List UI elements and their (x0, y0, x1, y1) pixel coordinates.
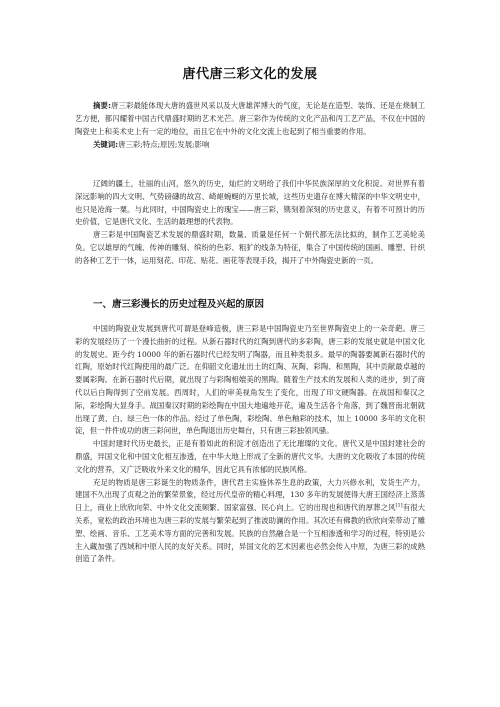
keywords-label: 关键词: (93, 140, 118, 149)
body-paragraph: 中国封建时代历史最长，正是有着如此的积淀才创造出了无比璀璨的文化。唐代又是中国封… (75, 438, 425, 476)
abstract-paragraph: 摘要:唐三彩最能体现大唐的盛世风采以及大唐雄浑博大的气度，无论是在造型、装饰、还… (75, 99, 425, 138)
citation-marker: [1] (396, 503, 403, 509)
abstract-label: 摘要: (93, 101, 111, 110)
intro-section: 辽阔的疆土，壮丽的山河，悠久的历史，灿烂的文明给了我们中华民族深厚的文化积淀。对… (75, 178, 425, 268)
keywords-text: 唐三彩;特点;原因;发展;影响 (118, 140, 209, 149)
section-1-body: 中国的陶瓷业发展到唐代可谓是登峰造极，唐三彩是中国陶瓷史乃至世界陶瓷史上的一朵奇… (75, 323, 425, 566)
intro-paragraph: 辽阔的疆土，壮丽的山河，悠久的历史，灿烂的文明给了我们中华民族深厚的文化积淀。对… (75, 178, 425, 229)
body-text: 充足的物质是唐三彩诞生的物质条件，唐代君主实施休养生息的政策，大力兴修水利，发货… (75, 478, 425, 513)
body-paragraph: 充足的物质是唐三彩诞生的物质条件，唐代君主实施休养生息的政策，大力兴修水利，发货… (75, 477, 425, 567)
paper-title: 唐代唐三彩文化的发展 (0, 63, 500, 82)
intro-paragraph: 唐三彩是中国陶瓷艺术发展的鼎盛时期，数量、质量是任何一个朝代都无法比拟的，制作工… (75, 229, 425, 267)
abstract-text: 唐三彩最能体现大唐的盛世风采以及大唐雄浑博大的气度，无论是在造型、装饰、还是在烧… (75, 101, 425, 136)
abstract-block: 摘要:唐三彩最能体现大唐的盛世风采以及大唐雄浑博大的气度，无论是在造型、装饰、还… (75, 99, 425, 151)
keywords-paragraph: 关键词:唐三彩;特点;原因;发展;影响 (75, 138, 425, 151)
document-page: 唐代唐三彩文化的发展 摘要:唐三彩最能体现大唐的盛世风采以及大唐雄浑博大的气度，… (0, 0, 500, 707)
section-heading: 一、唐三彩漫长的历史过程及兴起的原因 (93, 296, 264, 310)
body-paragraph: 中国的陶瓷业发展到唐代可谓是登峰造极，唐三彩是中国陶瓷史乃至世界陶瓷史上的一朵奇… (75, 323, 425, 438)
body-text: 有很大关系，宽松的政治环境也为唐三彩的发展与繁荣起到了推波助澜的作用。其次还有佛… (75, 503, 425, 563)
